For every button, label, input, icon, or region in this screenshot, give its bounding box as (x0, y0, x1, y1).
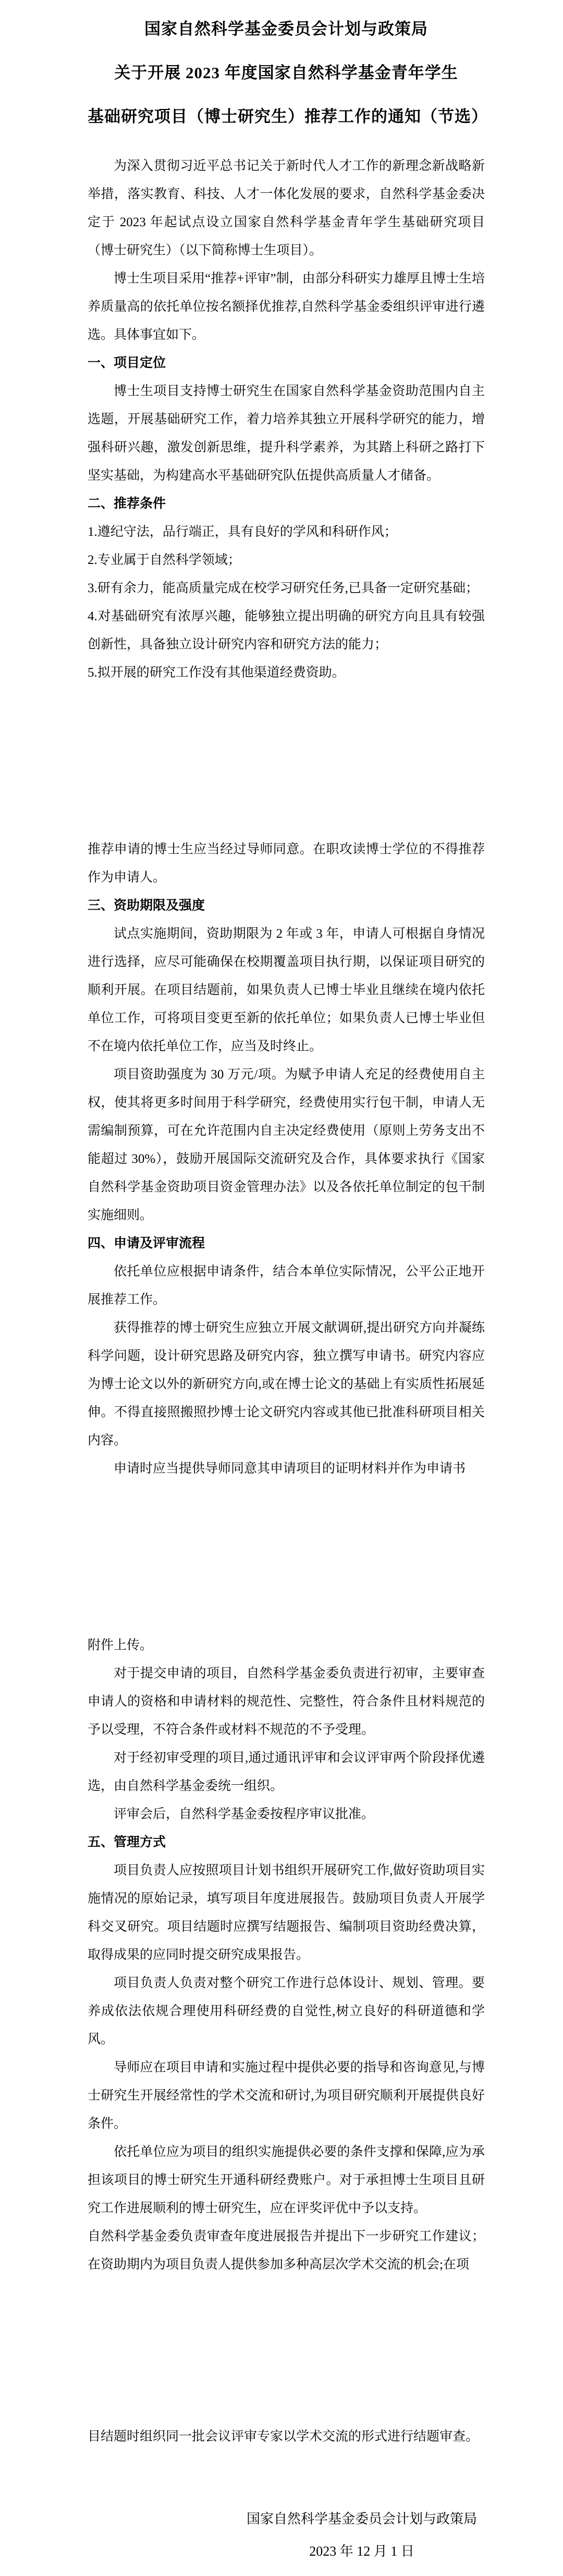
document-title: 国家自然科学基金委员会计划与政策局 关于开展 2023 年度国家自然科学基金青年… (88, 7, 485, 139)
paragraph-section4-1: 依托单位应根据申请条件，结合本单位实际情况，公平公正地开展推荐工作。 (88, 1258, 485, 1314)
condition-item-1: 1.遵纪守法，品行端正，具有良好的学风和科研作风； (88, 518, 485, 546)
page-break-gap (88, 1483, 485, 1632)
paragraph-section4-2: 获得推荐的博士研究生应独立开展文献调研,提出研究方向并凝练科学问题，设计研究思路… (88, 1314, 485, 1455)
condition-item-2: 2.专业属于自然科学领域； (88, 546, 485, 574)
section-heading-3: 三、资助期限及强度 (88, 892, 485, 920)
section-heading-5: 五、管理方式 (88, 1829, 485, 1857)
signature-date: 2023 年 12 月 1 日 (247, 2535, 477, 2568)
paragraph-section4-6: 评审会后，自然科学基金委按程序审议批准。 (88, 1800, 485, 1829)
paragraph-section2-note: 推荐申请的博士生应当经过导师同意。在职攻读博士学位的不得推荐作为申请人。 (88, 836, 485, 892)
section-heading-1: 一、项目定位 (88, 349, 485, 377)
document-body: 为深入贯彻习近平总书记关于新时代人才工作的新理念新战略新举措，落实教育、科技、人… (88, 152, 485, 2568)
section-heading-4: 四、申请及评审流程 (88, 1230, 485, 1258)
doc-title-line-3: 基础研究项目（博士研究生）推荐工作的通知（节选） (88, 95, 485, 139)
paragraph-section1-1: 博士生项目支持博士研究生在国家自然科学基金资助范围内自主选题，开展基础研究工作，… (88, 377, 485, 490)
paragraph-section5-3: 导师应在项目申请和实施过程中提供必要的指导和咨询意见,与博士研究生开展经常性的学… (88, 2054, 485, 2138)
paragraph-section3-2: 项目资助强度为 30 万元/项。为赋予申请人充足的经费使用自主权，使其将更多时间… (88, 1061, 485, 1230)
document-content: 国家自然科学基金委员会计划与政策局 关于开展 2023 年度国家自然科学基金青年… (88, 0, 485, 2568)
doc-title-line-2: 关于开展 2023 年度国家自然科学基金青年学生 (88, 51, 485, 95)
signature-gap (88, 2451, 485, 2503)
signature-org: 国家自然科学基金委员会计划与政策局 (247, 2503, 477, 2535)
paragraph-intro-1: 为深入贯彻习近平总书记关于新时代人才工作的新理念新战略新举措，落实教育、科技、人… (88, 152, 485, 265)
paragraph-section5-2: 项目负责人负责对整个研究工作进行总体设计、规划、管理。要养成依法依规合理使用科研… (88, 1969, 485, 2054)
condition-item-5: 5.拟开展的研究工作没有其他渠道经费资助。 (88, 659, 485, 687)
signature-block: 国家自然科学基金委员会计划与政策局 2023 年 12 月 1 日 (247, 2503, 477, 2568)
doc-title-line-1: 国家自然科学基金委员会计划与政策局 (88, 7, 485, 51)
paragraph-section3-1: 试点实施期间，资助期限为 2 年或 3 年，申请人可根据自身情况进行选择，应尽可… (88, 920, 485, 1061)
paragraph-intro-2: 博士生项目采用“推荐+评审”制，由部分科研实力雄厚且博士生培养质量高的依托单位按… (88, 265, 485, 349)
paragraph-section4-4: 对于提交申请的项目，自然科学基金委负责进行初审，主要审查申请人的资格和申请材料的… (88, 1660, 485, 1744)
paragraph-section4-3-part2: 附件上传。 (88, 1632, 485, 1660)
paragraph-section5-5-part2: 目结题时组织同一批会议评审专家以学术交流的形式进行结题审查。 (88, 2423, 485, 2451)
section-heading-2: 二、推荐条件 (88, 490, 485, 518)
paragraph-section5-5-part1: 自然科学基金委负责审查年度进展报告并提出下一步研究工作建议；在资助期内为项目负责… (88, 2223, 485, 2279)
paragraph-section5-4: 依托单位应为项目的组织实施提供必要的条件支撑和保障,应为承担该项目的博士研究生开… (88, 2138, 485, 2223)
condition-item-3: 3.研有余力，能高质量完成在校学习研究任务,已具备一定研究基础； (88, 574, 485, 603)
paragraph-section4-3-part1: 申请时应当提供导师同意其申请项目的证明材料并作为申请书 (88, 1455, 485, 1483)
condition-item-4: 4.对基础研究有浓厚兴趣，能够独立提出明确的研究方向且具有较强创新性，具备独立设… (88, 603, 485, 659)
document-page: 国家自然科学基金委员会计划与政策局 关于开展 2023 年度国家自然科学基金青年… (0, 0, 563, 2576)
page-break-gap (88, 687, 485, 836)
paragraph-section5-1: 项目负责人应按照项目计划书组织开展研究工作,做好资助项目实施情况的原始记录，填写… (88, 1857, 485, 1969)
page-break-gap (88, 2279, 485, 2423)
paragraph-section4-5: 对于经初审受理的项目,通过通讯评审和会议评审两个阶段择优遴选，由自然科学基金委统… (88, 1744, 485, 1800)
